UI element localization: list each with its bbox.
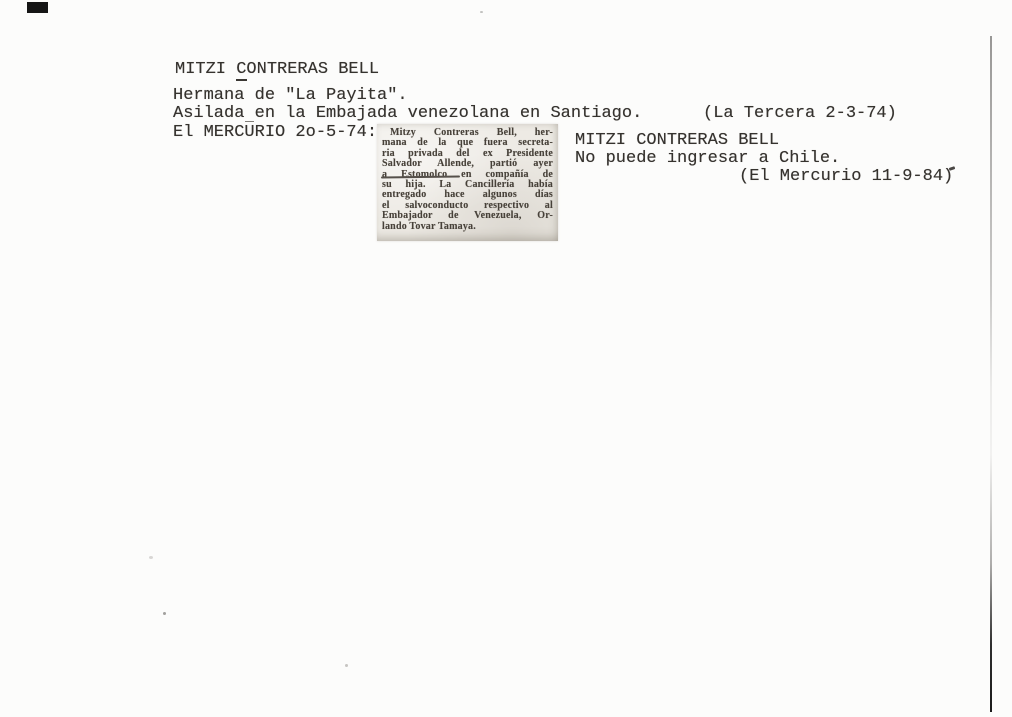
scan-speck — [163, 612, 166, 615]
clipping-text: Mitzy Contreras Bell, her-mana de la que… — [382, 128, 553, 232]
scan-speck — [149, 556, 153, 559]
typed-right-title: MITZI CONTRERAS BELL — [575, 132, 779, 149]
scan-speck — [480, 11, 483, 13]
typed-title-name: MITZI CONTRERAS BELL — [175, 61, 379, 78]
clipping-line: lando Tovar Tamaya. — [382, 222, 553, 232]
newspaper-clipping: Mitzy Contreras Bell, her-mana de la que… — [377, 124, 558, 241]
typed-line-asilada: Asilada en la Embajada venezolana en San… — [173, 105, 642, 122]
scan-speck — [345, 664, 348, 667]
typed-ref-la-tercera: (La Tercera 2-3-74) — [703, 105, 897, 122]
document-page: { "colors": { "page_bg": "#fcfcfb", "typ… — [0, 0, 1012, 717]
scan-edge-strip — [990, 36, 993, 712]
typed-line-el-mercurio: El MERCURIO 2o-5-74: — [173, 124, 377, 141]
underscore-artifact — [245, 121, 254, 123]
underline-mark-c — [236, 79, 247, 81]
scan-corner-mark — [27, 2, 48, 13]
typed-ref-el-mercurio: (El Mercurio 11-9-84) — [739, 168, 953, 185]
typed-line-hermana: Hermana de "La Payita". — [173, 87, 408, 104]
typed-right-no-puede: No puede ingresar a Chile. — [575, 150, 840, 167]
